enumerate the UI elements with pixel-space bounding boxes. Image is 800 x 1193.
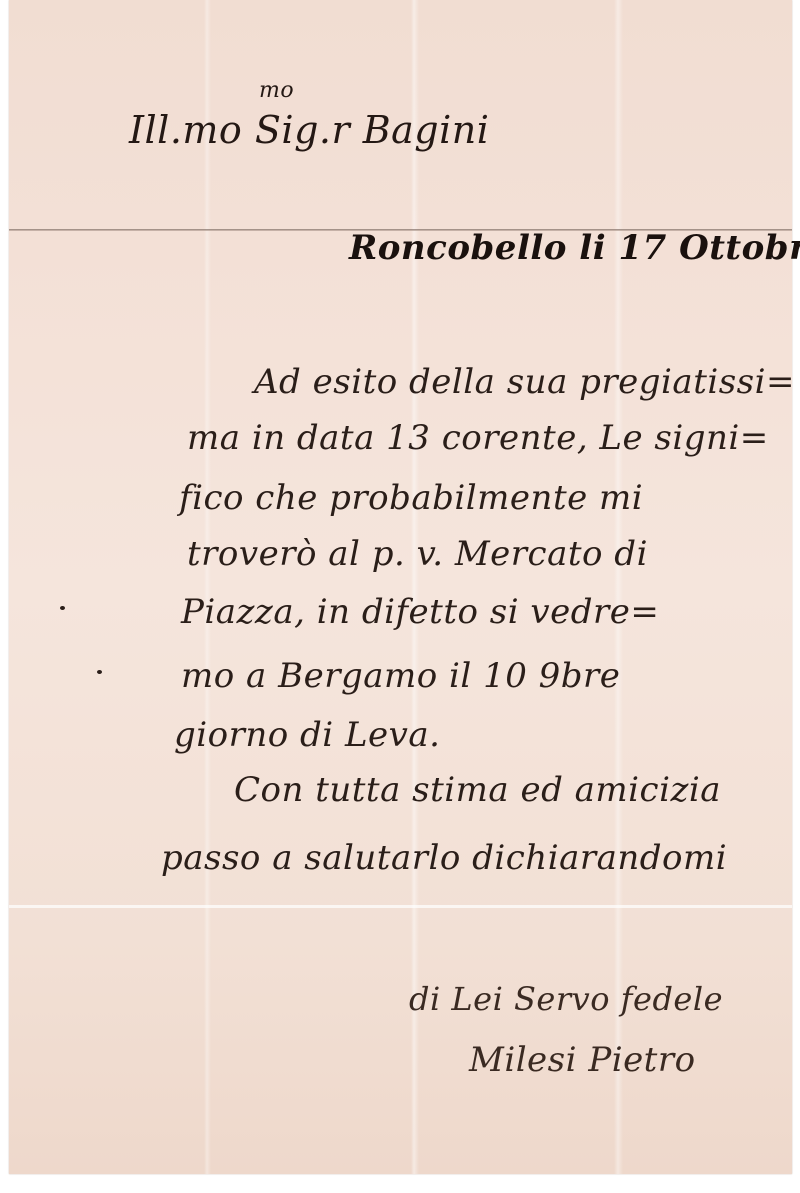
salutation-superscript: mo	[259, 78, 294, 103]
body-line: giorno di Leva.	[174, 715, 440, 755]
valediction: di Lei Servo fedele	[409, 980, 723, 1018]
body-line: fico che probabilmente mi	[179, 478, 643, 518]
body-line: passo a salutarlo dichiarandomi	[161, 838, 727, 878]
body-line: Ad esito della sua pregiatissi=	[254, 362, 795, 402]
body-line: Piazza, in difetto si vedre=	[181, 592, 659, 632]
salutation: Ill.mo Sig.r Bagini	[129, 108, 489, 152]
ink-speck	[97, 670, 102, 674]
body-line: Con tutta stima ed amicizia	[234, 770, 721, 810]
body-line: ma in data 13 corente, Le signi=	[187, 418, 769, 458]
letter-page: mo Ill.mo Sig.r Bagini Roncobello li 17 …	[9, 0, 792, 1174]
body-line: troverò al p. v. Mercato di	[187, 534, 648, 574]
place-date: Roncobello li 17 Ottobre 73	[349, 228, 800, 268]
body-line: mo a Bergamo il 10 9bre	[181, 656, 620, 696]
ink-speck	[60, 606, 65, 610]
paper-fold-bottom	[9, 905, 792, 908]
signature: Milesi Pietro	[469, 1040, 696, 1080]
